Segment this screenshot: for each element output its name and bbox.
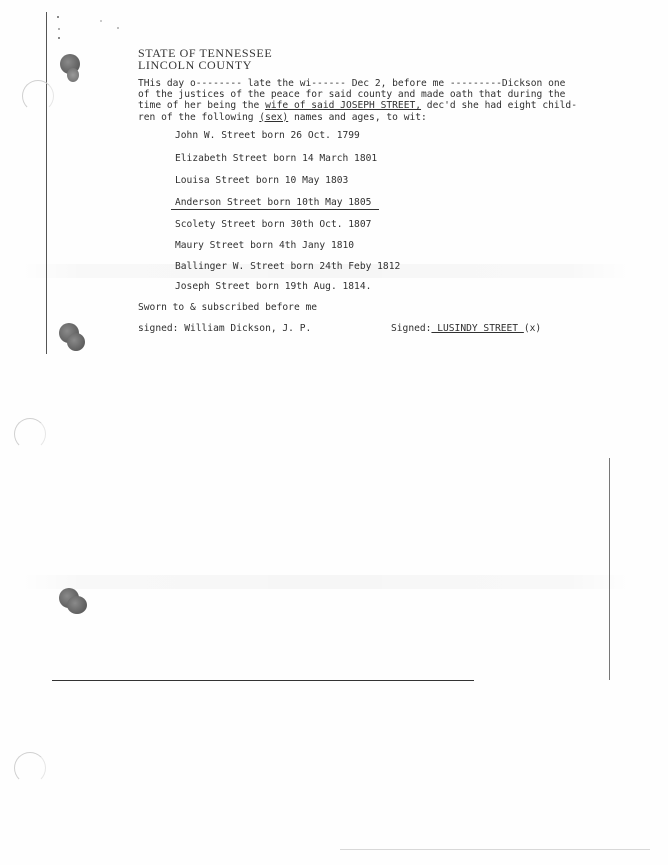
child-entry-underlined: Anderson Street born 10th May 1805 <box>171 197 379 210</box>
child-entry: John W. Street born 26 Oct. 1799 <box>175 130 360 141</box>
bottom-horizontal-line <box>52 680 474 681</box>
signed-label: Signed: <box>391 323 431 334</box>
scanned-document-page: STATE OF TENNESSEE LINCOLN COUNTY THis d… <box>0 0 668 865</box>
paragraph-text: names and ages, to wit: <box>288 112 427 123</box>
paragraph-text: time of her being the <box>138 100 265 111</box>
heading-county: LINCOLN COUNTY <box>138 59 272 71</box>
child-entry: Louisa Street born 10 May 1803 <box>175 175 348 186</box>
justice-signature: signed: William Dickson, J. P. <box>138 323 311 334</box>
document-heading: STATE OF TENNESSEE LINCOLN COUNTY <box>138 47 272 71</box>
underlined-husband-name: wife of said JOSEPH STREET, <box>265 100 421 111</box>
punch-hole-icon <box>67 333 85 351</box>
paragraph-text: ren of the following <box>138 112 259 123</box>
child-entry: Scolety Street born 30th Oct. 1807 <box>175 219 371 230</box>
faint-ring-icon <box>22 80 54 112</box>
scan-speck <box>58 37 60 39</box>
child-entry: Maury Street born 4th Jany 1810 <box>175 240 354 251</box>
scan-speck <box>57 16 59 18</box>
child-entry: Elizabeth Street born 14 March 1801 <box>175 153 377 164</box>
right-margin-line <box>609 458 610 680</box>
widow-signature: Signed: LUSINDY STREET (x) <box>391 323 541 334</box>
faint-bottom-line <box>340 849 650 850</box>
child-entry: Ballinger W. Street born 24th Feby 1812 <box>175 261 400 272</box>
faint-ring-icon <box>14 752 46 784</box>
child-entry: Joseph Street born 19th Aug. 1814. <box>175 281 371 292</box>
underlined-sex: (sex) <box>259 112 288 123</box>
sworn-statement: Sworn to & subscribed before me <box>138 302 317 313</box>
scan-speck <box>117 27 119 29</box>
scan-speck <box>100 20 102 22</box>
punch-hole-icon <box>67 68 79 82</box>
paragraph-line: of the justices of the peace for said co… <box>138 89 568 100</box>
paragraph-line: ren of the following (sex) names and age… <box>138 112 568 123</box>
signer-mark: (x) <box>524 323 541 334</box>
left-margin-line <box>46 12 47 354</box>
faint-ring-icon <box>14 418 46 450</box>
paragraph-text: dec'd she had eight child- <box>421 100 577 111</box>
paragraph-line: time of her being the wife of said JOSEP… <box>138 100 568 111</box>
scan-speck <box>58 28 60 30</box>
punch-hole-icon <box>67 596 87 614</box>
signer-name: LUSINDY STREET <box>431 323 523 334</box>
affidavit-paragraph: THis day o-------- late the wi------ Dec… <box>138 78 568 123</box>
bleed-through-band <box>20 575 630 589</box>
paragraph-line: THis day o-------- late the wi------ Dec… <box>138 78 568 89</box>
